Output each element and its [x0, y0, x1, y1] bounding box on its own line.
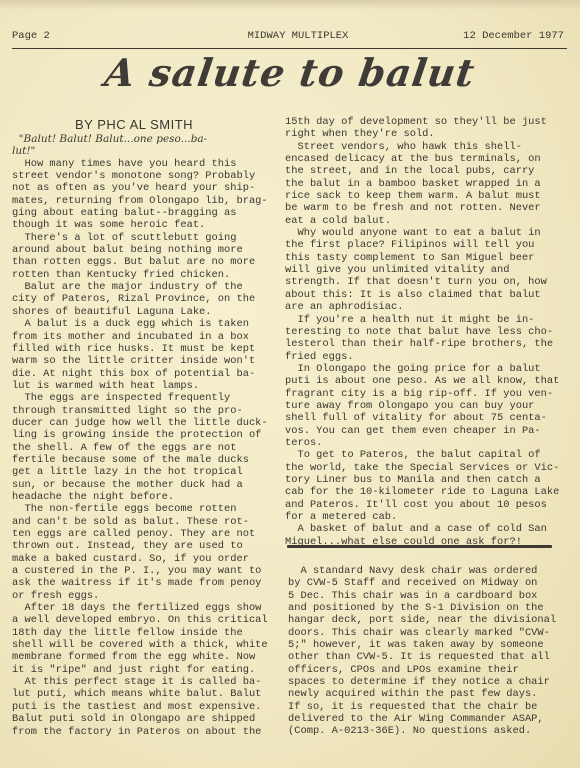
text-line: There's a lot of scuttlebutt going	[12, 232, 282, 244]
text-line: In Olongapo the going price for a balut	[285, 363, 570, 375]
text-line: A balut is a duck egg which is taken	[12, 318, 282, 330]
text-line: shores of beautiful Laguna Lake.	[12, 306, 282, 318]
text-line: vos. You can get them even cheaper in Pa…	[285, 425, 570, 437]
text-line: filled with rice husks. It must be kept	[12, 343, 282, 355]
text-line: the shell. A few of the eggs are not	[12, 442, 282, 454]
text-line: If you're a health nut it might be in-	[285, 314, 570, 326]
article-right-column: 15th day of development so they'll be ju…	[285, 116, 570, 548]
text-line: At this perfect stage it is called ba-	[12, 676, 282, 688]
section-divider	[287, 545, 552, 548]
text-line: 15th day of development so they'll be ju…	[285, 116, 570, 128]
text-line: street vendor's monotone song? Probably	[12, 170, 282, 182]
text-line: membrane formed from the egg white. Now	[12, 651, 282, 663]
text-line: through transmitted light so the pro-	[12, 405, 282, 417]
text-line: The non-fertile eggs become rotten	[12, 503, 282, 515]
text-line: lut puti, which means white balut. Balut	[12, 688, 282, 700]
text-line: ducer can judge how well the little duck…	[12, 417, 282, 429]
text-line: from the factory in Pateros on about the	[12, 726, 282, 738]
text-line: newly acquired within the past few days.	[288, 688, 573, 700]
text-line: teresting to note that balut have less c…	[285, 326, 570, 338]
text-line: thrown out. Instead, they are used to	[12, 540, 282, 552]
text-line: die. At night this box of potential ba-	[12, 368, 282, 380]
notice-missing-chair: A standard Navy desk chair was orderedby…	[288, 565, 573, 738]
text-line: be warm to be fresh and not rotten. Neve…	[285, 202, 570, 214]
text-line: After 18 days the fertilized eggs show	[12, 602, 282, 614]
text-line: the balut in a bamboo basket wrapped in …	[285, 178, 570, 190]
text-line: A basket of balut and a case of cold San	[285, 523, 570, 535]
text-line: lut is warmed with heat lamps.	[12, 380, 282, 392]
text-line: cab for the 10-kilometer ride to Laguna …	[285, 486, 570, 498]
text-line: eat a cold balut.	[285, 215, 570, 227]
left-column-paragraph: At this perfect stage it is called ba-lu…	[12, 676, 282, 738]
text-line: for a metered cab.	[285, 511, 570, 523]
byline: BY PHC AL SMITH	[75, 117, 193, 132]
issue-date: 12 December 1977	[463, 30, 564, 42]
masthead: Page 2 MIDWAY MULTIPLEX 12 December 1977	[12, 30, 564, 46]
text-line: get a little lazy in the hot tropical	[12, 466, 282, 478]
right-column-paragraph: Street vendors, who hawk this shell-enca…	[285, 141, 570, 227]
text-line: and Pateros. It'll cost you about 10 pes…	[285, 499, 570, 511]
left-column-paragraph: How many times have you heard thisstreet…	[12, 158, 282, 232]
text-line: the street, and in the local pubs, carry	[285, 165, 570, 177]
paper-fold-shadow	[0, 0, 580, 10]
text-line: tory Liner bus to Manila and then catch …	[285, 474, 570, 486]
text-line: encased delicacy at the bus terminals, o…	[285, 153, 570, 165]
text-line: by CVW-5 Staff and received on Midway on	[288, 577, 573, 589]
text-line: sun, or because the mother duck had a	[12, 479, 282, 491]
right-column-paragraph: If you're a health nut it might be in-te…	[285, 314, 570, 363]
left-column-paragraph: There's a lot of scuttlebutt goingaround…	[12, 232, 282, 281]
right-column-paragraph: In Olongapo the going price for a balutp…	[285, 363, 570, 449]
text-line: will give you unlimited vitality and	[285, 264, 570, 276]
text-line: lut!"	[12, 145, 282, 157]
text-line: rotten than Kentucky fried chicken.	[12, 269, 282, 281]
text-line: strength. If that doesn't turn you on, h…	[285, 276, 570, 288]
text-line: 18th day the little fellow inside the	[12, 627, 282, 639]
left-column-paragraph: Balut are the major industry of thecity …	[12, 281, 282, 318]
text-line: this tasty complement to San Miguel beer	[285, 252, 570, 264]
text-line: a well developed embryo. On this critica…	[12, 614, 282, 626]
text-line: lesterol than their half-ripe brothers, …	[285, 338, 570, 350]
text-line: shell full of vitality for about 75 cent…	[285, 412, 570, 424]
text-line: or fresh eggs.	[12, 590, 282, 602]
text-line: fragrant city is a big rip-off. If you v…	[285, 388, 570, 400]
byline-author: PHC AL SMITH	[97, 117, 193, 132]
text-line: puti is the tastiest and most expensive.	[12, 701, 282, 713]
text-line: than rotten eggs. But balut are no more	[12, 256, 282, 268]
text-line: How many times have you heard this	[12, 158, 282, 170]
text-line: around about balut being nothing more	[12, 244, 282, 256]
text-line: 5;" however, it was taken away by someon…	[288, 639, 573, 651]
text-line: Balut are the major industry of the	[12, 281, 282, 293]
text-line: rice sack to keep them warm. A balut mus…	[285, 190, 570, 202]
text-line: ten eggs are called penoy. They are not	[12, 528, 282, 540]
text-line: a custered in the P. I., you may want to	[12, 565, 282, 577]
text-line: right when they're sold.	[285, 128, 570, 140]
text-line: Why would anyone want to eat a balut in	[285, 227, 570, 239]
article-headline: A salute to balut	[0, 50, 580, 95]
text-line: "Balut! Balut! Balut...one peso...ba-	[12, 133, 282, 145]
text-line: fertile because some of the male ducks	[12, 454, 282, 466]
text-line: hangar deck, port side, near the divisio…	[288, 614, 573, 626]
text-line: Street vendors, who hawk this shell-	[285, 141, 570, 153]
text-line: and positioned by the S-1 Division on th…	[288, 602, 573, 614]
text-line: city of Pateros, Rizal Province, on the	[12, 293, 282, 305]
text-line: headache the night before.	[12, 491, 282, 503]
text-line: it is "ripe" and just right for eating.	[12, 664, 282, 676]
text-line: warm so the little critter inside won't	[12, 355, 282, 367]
left-column-paragraph: A balut is a duck egg which is takenfrom…	[12, 318, 282, 392]
article-left-column: "Balut! Balut! Balut...one peso...ba-lut…	[12, 133, 282, 738]
text-line: A standard Navy desk chair was ordered	[288, 565, 573, 577]
text-line: Balut puti sold in Olongapo are shipped	[12, 713, 282, 725]
text-line: fried eggs.	[285, 351, 570, 363]
text-line: ask the waitress if it's made from penoy	[12, 577, 282, 589]
text-line: ging about eating balut--bragging as	[12, 207, 282, 219]
text-line: other than CVW-5. It is requested that a…	[288, 651, 573, 663]
text-line: If so, it is requested that the chair be	[288, 701, 573, 713]
text-line: not as often as you've heard your ship-	[12, 182, 282, 194]
left-column-paragraph: The non-fertile eggs become rottenand ca…	[12, 503, 282, 602]
left-column-paragraph: The eggs are inspected frequentlythrough…	[12, 392, 282, 503]
text-line: To get to Pateros, the balut capital of	[285, 449, 570, 461]
text-line: spaces to determine if they notice a cha…	[288, 676, 573, 688]
byline-prefix: BY	[75, 117, 93, 132]
text-line: the first place? Filipinos will tell you	[285, 239, 570, 251]
text-line: 5 Dec. This chair was in a cardboard box	[288, 590, 573, 602]
text-line: delivered to the Air Wing Commander ASAP…	[288, 713, 573, 725]
text-line: ture away from Olongapo you can buy your	[285, 400, 570, 412]
right-column-paragraph: 15th day of development so they'll be ju…	[285, 116, 570, 141]
text-line: from its mother and incubated in a box	[12, 331, 282, 343]
text-line: teros.	[285, 437, 570, 449]
text-line: and can't be sold as balut. These rot-	[12, 516, 282, 528]
text-line: the world, take the Special Services or …	[285, 462, 570, 474]
text-line: puti is about one peso. As we all know, …	[285, 375, 570, 387]
right-column-paragraph: To get to Pateros, the balut capital oft…	[285, 449, 570, 523]
text-line: The eggs are inspected frequently	[12, 392, 282, 404]
left-column-paragraph: After 18 days the fertilized eggs showa …	[12, 602, 282, 676]
text-line: are an aphrodisiac.	[285, 301, 570, 313]
text-line: mates, returning from Olongapo lib, brag…	[12, 195, 282, 207]
text-line: (Comp. A-0213-36E). No questions asked.	[288, 725, 573, 737]
right-column-paragraph: Why would anyone want to eat a balut int…	[285, 227, 570, 313]
text-line: about this: It is also claimed that balu…	[285, 289, 570, 301]
masthead-rule	[12, 48, 567, 49]
newspaper-page: Page 2 MIDWAY MULTIPLEX 12 December 1977…	[0, 0, 580, 768]
text-line: doors. This chair was clearly marked "CV…	[288, 627, 573, 639]
text-line: though it was some heroic feat.	[12, 219, 282, 231]
text-line: ling is growing inside the protection of	[12, 429, 282, 441]
text-line: make a baked custard. So, if you order	[12, 553, 282, 565]
text-line: shell will be covered with a thick, whit…	[12, 639, 282, 651]
text-line: officers, CPOs and LPOs examine their	[288, 664, 573, 676]
left-column-paragraph: "Balut! Balut! Balut...one peso...ba-lut…	[12, 133, 282, 158]
